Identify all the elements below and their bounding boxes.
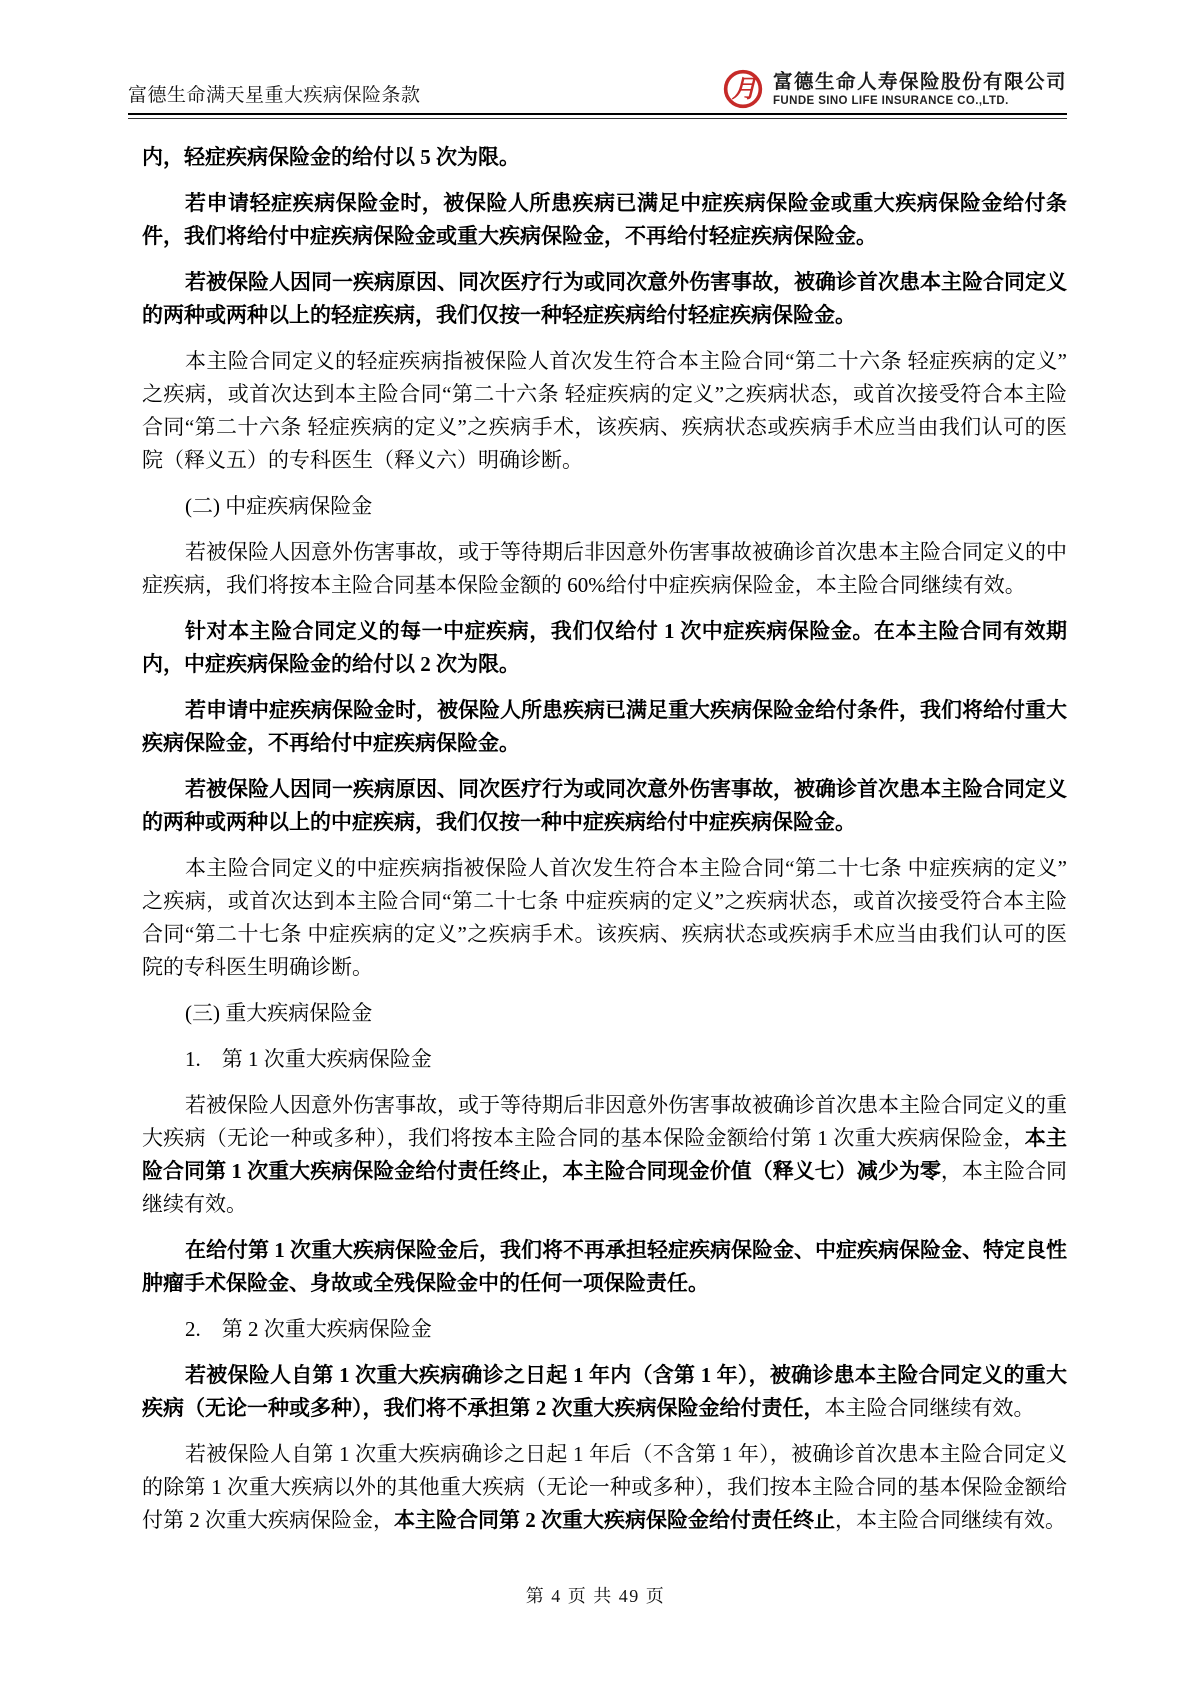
subsection-first-critical-illness: 1. 第 1 次重大疾病保险金 [142, 1043, 1067, 1076]
paragraph-moderate-illness-definition: 本主险合同定义的中症疾病指被保险人首次发生符合本主险合同“第二十七条 中症疾病的… [142, 852, 1067, 984]
document-page: 富德生命满天星重大疾病保险条款 月 富德生命人寿保险股份有限公司 FUNDE S… [0, 0, 1191, 1684]
company-branding: 月 富德生命人寿保险股份有限公司 FUNDE SINO LIFE INSURAN… [722, 68, 1067, 110]
subsection-second-critical-illness: 2. 第 2 次重大疾病保险金 [142, 1313, 1067, 1346]
paragraph-light-illness-priority: 若申请轻症疾病保险金时，被保险人所患疾病已满足中症疾病保险金或重大疾病保险金给付… [142, 187, 1067, 253]
paragraph-moderate-illness-same-cause: 若被保险人因同一疾病原因、同次医疗行为或同次意外伤害事故，被确诊首次患本主险合同… [142, 773, 1067, 839]
company-name-cn: 富德生命人寿保险股份有限公司 [773, 71, 1067, 94]
document-body: 内，轻症疾病保险金的给付以 5 次为限。 若申请轻症疾病保险金时，被保险人所患疾… [142, 141, 1067, 1550]
logo-moon-glyph: 月 [732, 76, 758, 103]
paragraph-moderate-illness-payout: 若被保险人因意外伤害事故，或于等待期后非因意外伤害事故被确诊首次患本主险合同定义… [142, 536, 1067, 602]
section-item-critical-illness-benefit: (三) 重大疾病保险金 [142, 997, 1067, 1030]
paragraph-second-critical-after-1year: 若被保险人自第 1 次重大疾病确诊之日起 1 年后（不含第 1 年），被确诊首次… [142, 1438, 1067, 1537]
paragraph-moderate-illness-limit: 针对本主险合同定义的每一中症疾病，我们仅给付 1 次中症疾病保险金。在本主险合同… [142, 615, 1067, 681]
company-logo-icon: 月 [722, 68, 764, 110]
section-item-moderate-illness-benefit: (二) 中症疾病保险金 [142, 490, 1067, 523]
paragraph-second-critical-within-1year: 若被保险人自第 1 次重大疾病确诊之日起 1 年内（含第 1 年），被确诊患本主… [142, 1359, 1067, 1425]
paragraph-light-illness-definition: 本主险合同定义的轻症疾病指被保险人首次发生符合本主险合同“第二十六条 轻症疾病的… [142, 345, 1067, 477]
company-names: 富德生命人寿保险股份有限公司 FUNDE SINO LIFE INSURANCE… [773, 71, 1067, 108]
company-name-en: FUNDE SINO LIFE INSURANCE CO.,LTD. [773, 94, 1067, 108]
paragraph-moderate-illness-priority: 若申请中症疾病保险金时，被保险人所患疾病已满足重大疾病保险金给付条件，我们将给付… [142, 694, 1067, 760]
doc-title: 富德生命满天星重大疾病保险条款 [128, 80, 421, 110]
paragraph-first-critical-exclusion: 在给付第 1 次重大疾病保险金后，我们将不再承担轻症疾病保险金、中症疾病保险金、… [142, 1234, 1067, 1300]
page-number: 第 4 页 共 49 页 [526, 1586, 666, 1606]
header-rule [128, 113, 1067, 119]
paragraph-light-illness-same-cause: 若被保险人因同一疾病原因、同次医疗行为或同次意外伤害事故，被确诊首次患本主险合同… [142, 266, 1067, 332]
paragraph-light-illness-limit: 内，轻症疾病保险金的给付以 5 次为限。 [142, 141, 1067, 174]
paragraph-first-critical-payout: 若被保险人因意外伤害事故，或于等待期后非因意外伤害事故被确诊首次患本主险合同定义… [142, 1089, 1067, 1221]
page-footer: 第 4 页 共 49 页 [0, 1582, 1191, 1608]
